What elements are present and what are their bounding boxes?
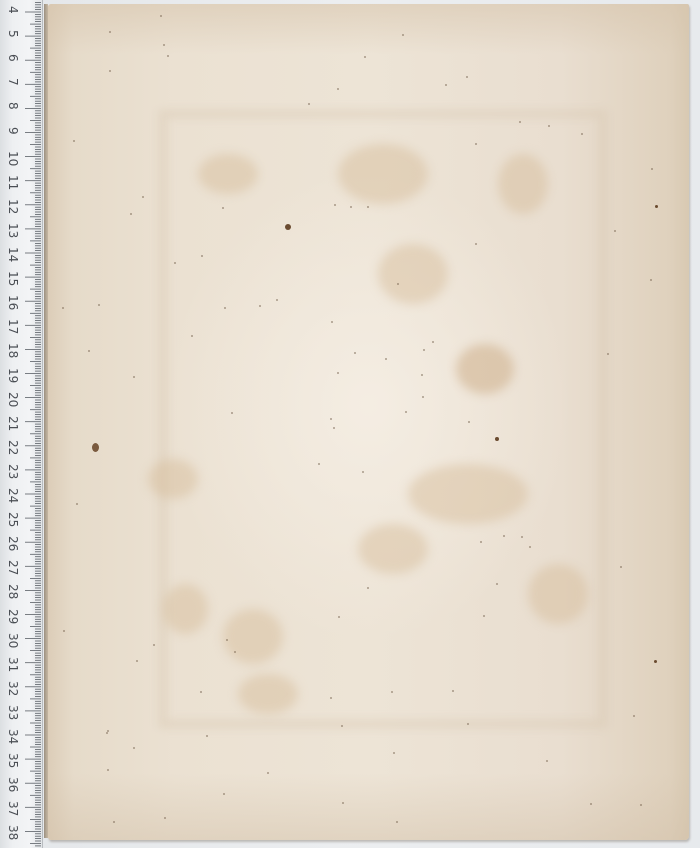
paper-speck (614, 230, 616, 232)
paper-speck (224, 307, 226, 309)
paper-speck (405, 411, 407, 413)
paper-speck (350, 206, 352, 208)
ruler-label: 26 (4, 536, 22, 554)
ruler-label: 20 (4, 392, 22, 410)
paper-speck (337, 372, 339, 374)
paper-speck (308, 103, 310, 105)
dark-spot (285, 224, 291, 230)
ruler-label: 36 (4, 777, 22, 795)
foxing-stain (378, 244, 448, 304)
paper-speck (468, 421, 470, 423)
paper-speck (503, 535, 505, 537)
ruler-label: 23 (4, 464, 22, 482)
ruler-label: 29 (4, 609, 22, 627)
paper-speck (107, 769, 109, 771)
paper-speck (109, 70, 111, 72)
paper-speck (393, 752, 395, 754)
paper-speck (338, 616, 340, 618)
paper-speck (62, 307, 64, 309)
paper-speck (259, 305, 261, 307)
paper-speck (109, 31, 111, 33)
paper-speck (402, 34, 404, 36)
dark-spot (495, 437, 499, 441)
ruler-label: 14 (4, 247, 22, 265)
paper-speck (445, 84, 447, 86)
ruler-label: 16 (4, 295, 22, 313)
paper-speck (362, 471, 364, 473)
paper-speck (423, 349, 425, 351)
paper-speck (318, 463, 320, 465)
paper-speck (385, 358, 387, 360)
foxing-stain (408, 464, 528, 524)
paper-speck (106, 732, 108, 734)
paper-speck (548, 125, 550, 127)
dark-spot (92, 443, 99, 452)
paper-speck (581, 133, 583, 135)
paper-speck (136, 660, 138, 662)
paper-speck (267, 772, 269, 774)
paper-speck (330, 697, 332, 699)
paper-speck (342, 802, 344, 804)
ruler-label: 15 (4, 271, 22, 289)
paper-speck (163, 44, 165, 46)
paper-speck (142, 196, 144, 198)
paper-speck (113, 821, 115, 823)
paper-speck (396, 821, 398, 823)
paper-speck (73, 140, 75, 142)
ruler-label: 34 (4, 729, 22, 747)
foxing-stain (456, 344, 514, 394)
paper-speck (483, 615, 485, 617)
ruler-label: 27 (4, 560, 22, 578)
paper-speck (421, 374, 423, 376)
foxing-stain (163, 584, 208, 634)
paper-speck (341, 725, 343, 727)
ruler-label: 38 (4, 825, 22, 843)
ruler-label: 4 (4, 6, 22, 24)
ruler-label: 35 (4, 753, 22, 771)
centimeter-ruler: 4567891011121314151617181920212223242526… (0, 0, 43, 848)
paper-speck (222, 207, 224, 209)
dark-spot (655, 205, 658, 208)
ruler-label: 13 (4, 223, 22, 241)
ruler-label: 12 (4, 199, 22, 217)
ruler-label: 19 (4, 368, 22, 386)
ruler-label: 32 (4, 681, 22, 699)
paper-speck (133, 747, 135, 749)
paper-speck (231, 412, 233, 414)
ruler-label: 8 (4, 102, 22, 120)
ruler-label: 25 (4, 512, 22, 530)
foxing-stain (223, 609, 283, 664)
foxing-stain (338, 144, 428, 204)
foxing-stain (358, 524, 428, 574)
paper-speck (546, 760, 548, 762)
ruler-label: 30 (4, 633, 22, 651)
ruler-label: 21 (4, 416, 22, 434)
paper-speck (200, 691, 202, 693)
paper-speck (167, 55, 169, 57)
paper-speck (475, 143, 477, 145)
paper-speck (223, 793, 225, 795)
foxing-stain (198, 154, 258, 194)
paper-speck (519, 121, 521, 123)
paper-speck (466, 76, 468, 78)
paper-speck (130, 213, 132, 215)
paper-speck (452, 690, 454, 692)
ruler-label: 24 (4, 488, 22, 506)
paper-speck (467, 723, 469, 725)
paper-speck (337, 88, 339, 90)
paper-speck (76, 503, 78, 505)
paper-speck (276, 299, 278, 301)
paper-speck (164, 817, 166, 819)
paper-speck (432, 341, 434, 343)
dark-spot (654, 660, 657, 663)
ruler-label: 9 (4, 127, 22, 145)
paper-speck (650, 279, 652, 281)
ruler-label: 22 (4, 440, 22, 458)
ruler-label: 17 (4, 319, 22, 337)
ruler-label: 18 (4, 343, 22, 361)
paper-speck (63, 630, 65, 632)
foxing-stain (238, 674, 298, 714)
paper-speck (354, 352, 356, 354)
paper-speck (330, 418, 332, 420)
ruler-label: 10 (4, 151, 22, 169)
paper-speck (607, 353, 609, 355)
paper-speck (633, 715, 635, 717)
paper-speck (397, 283, 399, 285)
paper-speck (367, 206, 369, 208)
paper-speck (88, 350, 90, 352)
paper-speck (191, 335, 193, 337)
paper-speck (153, 644, 155, 646)
paper-speck (364, 56, 366, 58)
paper-speck (174, 262, 176, 264)
paper-speck (590, 803, 592, 805)
paper-speck (331, 321, 333, 323)
paper-speck (475, 243, 477, 245)
paper-speck (160, 15, 162, 17)
paper-speck (620, 566, 622, 568)
ruler-label: 28 (4, 584, 22, 602)
ruler-label: 6 (4, 54, 22, 72)
paper-speck (367, 587, 369, 589)
ruler-label: 33 (4, 705, 22, 723)
paper-speck (334, 204, 336, 206)
foxing-stain (148, 459, 198, 499)
ruler-label: 31 (4, 657, 22, 675)
paper-speck (496, 583, 498, 585)
paper-speck (333, 427, 335, 429)
foxing-stain (528, 564, 588, 624)
ruler-label: 5 (4, 30, 22, 48)
paper-speck (640, 804, 642, 806)
paper-speck (391, 691, 393, 693)
aged-paper-sheet (48, 4, 689, 840)
ruler-label: 11 (4, 175, 22, 193)
paper-speck (521, 536, 523, 538)
paper-speck (98, 304, 100, 306)
paper-speck (226, 639, 228, 641)
ruler-label: 7 (4, 78, 22, 96)
paper-speck (201, 255, 203, 257)
paper-speck (651, 168, 653, 170)
paper-speck (480, 541, 482, 543)
paper-speck (422, 396, 424, 398)
foxing-stain (498, 154, 548, 214)
paper-speck (529, 546, 531, 548)
ruler-label: 37 (4, 801, 22, 819)
paper-speck (206, 735, 208, 737)
paper-speck (234, 651, 236, 653)
paper-speck (133, 376, 135, 378)
